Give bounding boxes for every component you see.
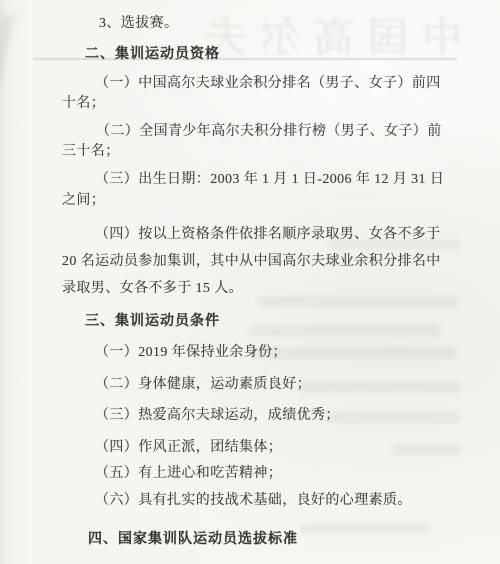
qualification-3-line-2: 之间； — [62, 193, 105, 209]
bleedthrough-stain — [300, 524, 430, 534]
requirement-1: （一）2019 年保持业余身份； — [95, 345, 287, 361]
heading-section-4-national-team-selection-criteria: 四、国家集训队运动员选拔标准 — [88, 532, 298, 548]
requirement-2: （二）身体健康，运动素质良好； — [95, 377, 311, 393]
qualification-4-line-3: 录取男、女各不多于 15 人。 — [62, 281, 243, 297]
scanned-document-page: 中国高尔夫 3、选拔赛。 二、集训运动员资格 （一）中国高尔夫球业余积分排名（男… — [0, 0, 500, 564]
qualification-4-line-2: 20 名运动员参加集训，其中从中国高尔夫球业余积分排名中 — [62, 254, 441, 270]
qualification-1-line-1: （一）中国高尔夫球业余积分排名（男子、女子）前四 — [95, 76, 441, 92]
requirement-3: （三）热爱高尔夫球运动，成绩优秀； — [95, 408, 340, 424]
qualification-3-line-1: （三）出生日期：2003 年 1 月 1 日-2006 年 12 月 31 日 — [95, 172, 444, 188]
requirement-6: （六）具有扎实的技战术基础，良好的心理素质。 — [95, 493, 412, 509]
bleedthrough-stain — [330, 412, 460, 423]
qualification-4-line-1: （四）按以上资格条件依排名顺序录取男、女各不多于 — [95, 227, 441, 243]
bleedthrough-letterhead-text: 中国高尔夫 — [192, 6, 462, 63]
heading-section-3-athlete-requirements: 三、集训运动员条件 — [85, 314, 220, 330]
requirement-4: （四）作风正派，团结集体； — [95, 440, 282, 456]
qualification-2-line-2: 三十名； — [62, 144, 120, 160]
bleedthrough-stain — [258, 296, 458, 307]
list-item-3-selection-tournament: 3、选拔赛。 — [99, 16, 178, 32]
bleedthrough-stain — [250, 325, 440, 336]
heading-section-2-athlete-qualifications: 二、集训运动员资格 — [85, 47, 220, 63]
scan-edge-streak — [0, 13, 15, 84]
bleedthrough-stain — [392, 445, 462, 455]
qualification-2-line-1: （二）全国青少年高尔夫积分排行榜（男子、女子）前 — [96, 124, 442, 140]
bleedthrough-stain — [300, 382, 460, 393]
qualification-1-line-2: 十名； — [62, 96, 105, 112]
requirement-5: （五）有上进心和吃苦精神； — [95, 466, 282, 482]
